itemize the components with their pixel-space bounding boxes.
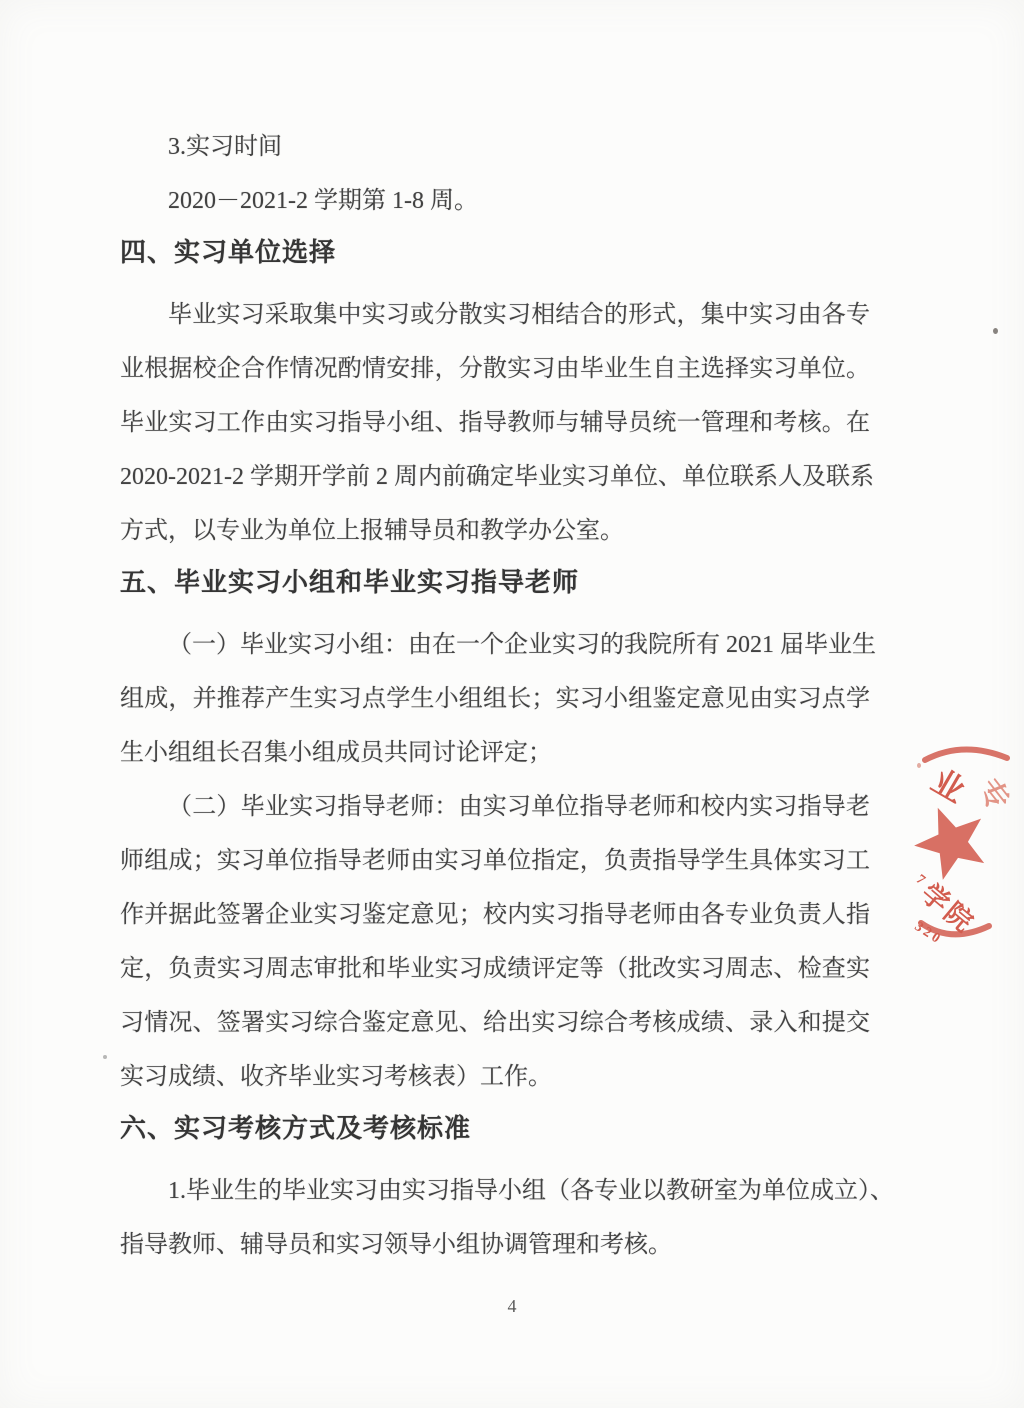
seal-char-top-2: 专: [971, 773, 1016, 818]
text-line: 生小组组长召集小组成员共同讨论评定；: [120, 726, 870, 780]
text-line: 业根据校企合作情况酌情安排，分散实习由毕业生自主选择实习单位。: [120, 342, 870, 396]
text-line: 毕业实习采取集中实习或分散实习相结合的形式，集中实习由各专: [120, 288, 870, 342]
official-seal-stamp: 业 专 7 学院 320: [903, 736, 1024, 954]
seal-bottom-arc: [921, 923, 989, 934]
text-line: 方式，以专业为单位上报辅导员和教学办公室。: [120, 504, 870, 558]
seal-code-digits: 320: [912, 919, 945, 948]
section-heading: 五、毕业实习小组和毕业实习指导老师: [120, 555, 870, 609]
text-line: 作并据此签署企业实习鉴定意见；校内实习指导老师由各专业负责人指: [120, 888, 870, 942]
document-page: 3.实习时间2020－2021-2 学期第 1-8 周。四、实习单位选择毕业实习…: [0, 0, 1024, 1408]
text-line: 习情况、签署实习综合鉴定意见、给出实习综合考核成绩、录入和提交: [120, 996, 870, 1050]
text-line: 定，负责实习周志审批和毕业实习成绩评定等（批改实习周志、检查实: [120, 942, 870, 996]
text-line: （一）毕业实习小组：由在一个企业实习的我院所有 2021 届毕业生: [120, 618, 870, 672]
text-line: 指导教师、辅导员和实习领导小组协调管理和考核。: [120, 1218, 870, 1272]
document-body: 3.实习时间2020－2021-2 学期第 1-8 周。四、实习单位选择毕业实习…: [120, 120, 870, 1272]
scan-speck: [993, 328, 998, 334]
text-line: 实习成绩、收齐毕业实习考核表）工作。: [120, 1050, 870, 1104]
text-line: 毕业实习工作由实习指导小组、指导教师与辅导员统一管理和考核。在: [120, 396, 870, 450]
text-line: （二）毕业实习指导老师：由实习单位指导老师和校内实习指导老: [120, 780, 870, 834]
text-line: 3.实习时间: [120, 120, 870, 174]
text-line: 1.毕业生的毕业实习由实习指导小组（各专业以教研室为单位成立）、: [120, 1164, 870, 1218]
text-line: 师组成；实习单位指导老师由实习单位指定，负责指导学生具体实习工: [120, 834, 870, 888]
text-line: 组成，并推荐产生实习点学生小组组长；实习小组鉴定意见由实习点学: [120, 672, 870, 726]
star-icon: [904, 794, 997, 885]
text-line: 2020－2021-2 学期第 1-8 周。: [120, 174, 870, 228]
seal-char-top-1: 业: [925, 762, 971, 809]
seal-top-arc: [925, 749, 1007, 760]
scan-speck: [917, 763, 921, 768]
seal-small-digit: 7: [913, 872, 928, 888]
section-heading: 六、实习考核方式及考核标准: [120, 1101, 870, 1155]
scan-speck: [103, 1055, 107, 1059]
section-heading: 四、实习单位选择: [120, 225, 870, 279]
seal-chars-bottom: 学院: [915, 878, 980, 940]
text-line: 2020-2021-2 学期开学前 2 周内前确定毕业实习单位、单位联系人及联系: [120, 450, 870, 504]
page-number: 4: [0, 1296, 1024, 1317]
